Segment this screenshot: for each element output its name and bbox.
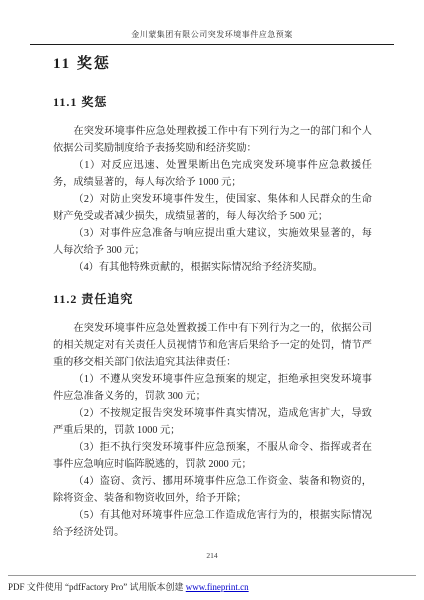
section-11-2-item-5: （5）有其他对环境事件应急工作造成危害行为的，根据实际情况给予经济处罚。 [53,507,372,541]
page-number: 214 [0,551,424,560]
section-rewards: 11.1 奖惩 在突发环境事件应急处理救援工作中有下列行为之一的部门和个人依据公… [53,93,372,276]
fineprint-link[interactable]: www.fineprint.cn [186,582,249,592]
section-11-1-item-1: （1）对反应迅速、处置果断出色完成突发环境事件应急救援任务，成绩显著的，每人每次… [53,157,372,191]
section-11-2-item-4: （4）盗窃、贪污、挪用环境事件应急工作资金、装备和物资的，除将资金、装备和物资收… [53,473,372,507]
header-title: 金川蒙集团有限公司突发环境事件应急预案 [131,30,293,39]
section-11-2-item-3: （3）拒不执行突发环境事件应急预案，不服从命令、指挥或者在事件应急响应时临阵脱逃… [53,439,372,473]
section-heading-11-2: 11.2 责任追究 [53,290,372,307]
section-11-1-item-2: （2）对防止突发环境事件发生，使国家、集体和人民群众的生命财产免受或者减少损失，… [53,191,372,225]
section-11-2-intro: 在突发环境事件应急处置救援工作中有下列行为之一的，依据公司的相关规定对有关责任人… [53,320,372,371]
footer-text: PDF 文件使用 “pdfFactory Pro” 试用版本创建 [8,582,186,592]
section-11-1-item-4: （4）有其他特殊贡献的，根据实际情况给予经济奖励。 [53,259,372,276]
page-content: 11 奖惩 11.1 奖惩 在突发环境事件应急处理救援工作中有下列行为之一的部门… [53,50,372,541]
document-page: 金川蒙集团有限公司突发环境事件应急预案 11 奖惩 11.1 奖惩 在突发环境事… [0,0,424,600]
section-11-1-item-3: （3）对事件应急准备与响应提出重大建议，实施效果显著的，每人每次给予 300 元… [53,225,372,259]
section-heading-11-1: 11.1 奖惩 [53,93,372,110]
section-11-2-item-1: （1）不遵从突发环境事件应急预案的规定，拒绝承担突发环境事件应急准备义务的，罚款… [53,371,372,405]
page-header: 金川蒙集团有限公司突发环境事件应急预案 [30,29,394,45]
section-accountability: 11.2 责任追究 在突发环境事件应急处置救援工作中有下列行为之一的，依据公司的… [53,290,372,541]
section-11-2-item-2: （2）不按规定报告突发环境事件真实情况，造成危害扩大，导致严重后果的，罚款 10… [53,405,372,439]
pdffactory-trial-banner: PDF 文件使用 “pdfFactory Pro” 试用版本创建 www.fin… [8,575,416,593]
section-11-1-intro: 在突发环境事件应急处理救援工作中有下列行为之一的部门和个人依据公司奖励制度给予表… [53,123,372,157]
chapter-title: 11 奖惩 [53,52,372,73]
